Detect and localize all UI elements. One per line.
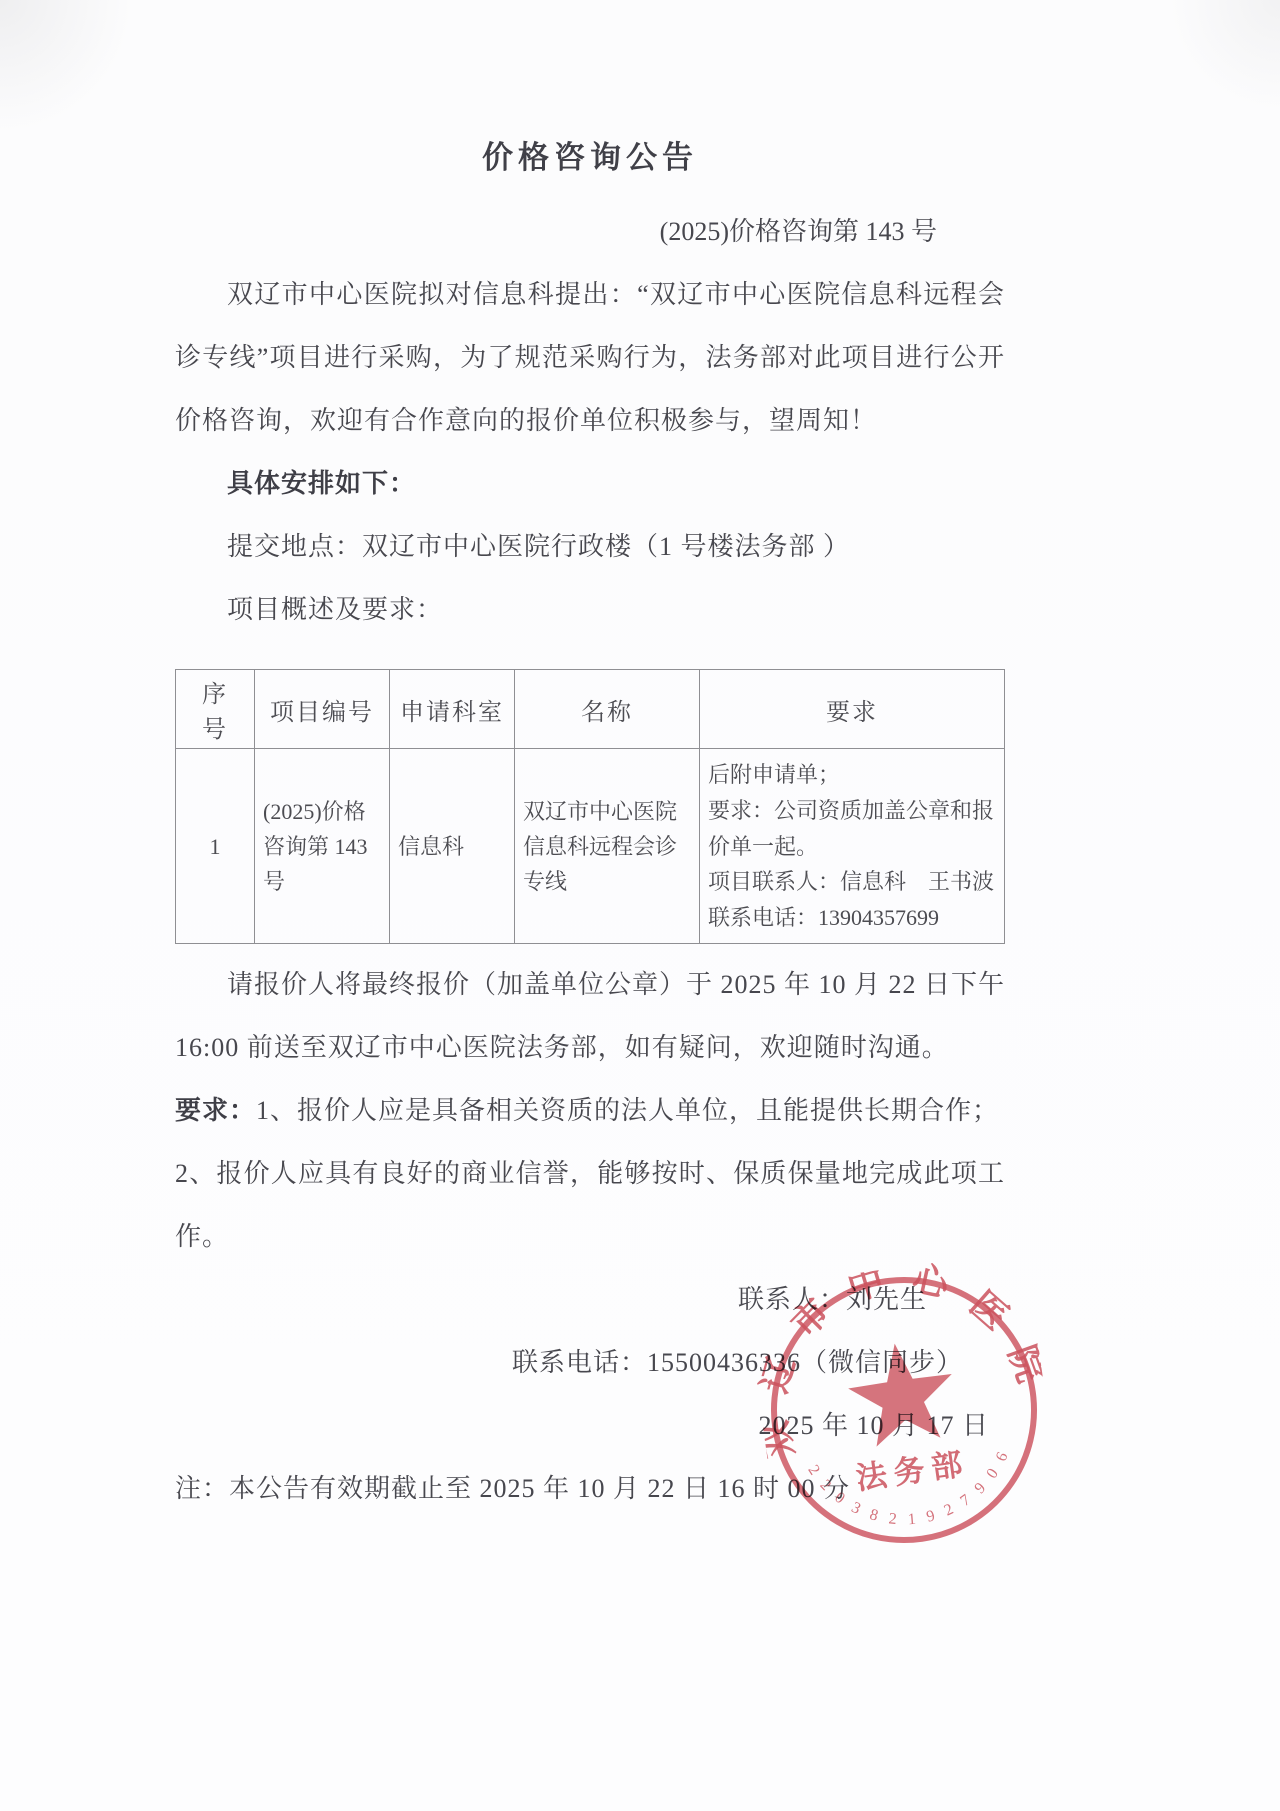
table-header-row: 序 号 项目编号 申请科室 名称 要求: [176, 670, 1005, 749]
contact-phone: 联系电话：15500436336（微信同步）: [175, 1332, 1005, 1395]
requirement-line: 要求：公司资质加盖公章和报价单一起。: [708, 793, 996, 864]
requirement-line: 项目联系人：信息科 王书波: [708, 864, 996, 900]
cell-name: 双辽市中心医院信息科远程会诊专线: [515, 749, 700, 944]
requirements-label: 要求：: [175, 1096, 256, 1125]
arrangement-heading: 具体安排如下：: [175, 453, 1005, 516]
deadline-paragraph: 请报价人将最终报价（加盖单位公章）于 2025 年 10 月 22 日下午 16…: [175, 954, 1005, 1080]
contact-person: 联系人：刘先生: [175, 1269, 1005, 1332]
requirement-item-1: 1、报价人应是具备相关资质的法人单位，且能提供长期合作；: [256, 1096, 999, 1125]
issue-date: 2025 年 10 月 17 日: [175, 1395, 1005, 1458]
cell-requirements: 后附申请单； 要求：公司资质加盖公章和报价单一起。 项目联系人：信息科 王书波 …: [700, 749, 1005, 944]
document-page: 价格咨询公告 (2025)价格咨询第 143 号 双辽市中心医院拟对信息科提出：…: [0, 0, 1280, 1811]
cell-project-no: (2025)价格 咨询第 143 号: [255, 749, 390, 944]
intro-paragraph: 双辽市中心医院拟对信息科提出：“双辽市中心医院信息科远程会诊专线”项目进行采购，…: [175, 264, 1005, 453]
table-row: 1 (2025)价格 咨询第 143 号 信息科 双辽市中心医院信息科远程会诊专…: [176, 749, 1005, 944]
col-header-project-no: 项目编号: [255, 670, 390, 749]
col-header-require: 要求: [700, 670, 1005, 749]
requirements-paragraph: 要求：1、报价人应是具备相关资质的法人单位，且能提供长期合作；: [175, 1080, 1005, 1143]
page-title: 价格咨询公告: [175, 132, 1005, 177]
scanned-document: { "page": { "title": "价格咨询公告", "doc_numb…: [0, 0, 1280, 1811]
requirement-line: 后附申请单；: [708, 757, 996, 793]
table-heading: 项目概述及要求：: [175, 579, 1005, 642]
cell-seq: 1: [176, 749, 255, 944]
submit-location: 提交地点：双辽市中心医院行政楼（1 号楼法务部 ）: [175, 516, 1005, 579]
cell-department: 信息科: [390, 749, 515, 944]
doc-number: (2025)价格咨询第 143 号: [175, 211, 1005, 248]
col-header-department: 申请科室: [390, 670, 515, 749]
validity-note: 注：本公告有效期截止至 2025 年 10 月 22 日 16 时 00 分: [175, 1458, 1005, 1521]
col-header-seq: 序 号: [176, 670, 255, 749]
col-header-name: 名称: [515, 670, 700, 749]
project-table: 序 号 项目编号 申请科室 名称 要求 1 (2025)价格 咨询第 143 号…: [175, 669, 1005, 944]
requirement-item-2: 2、报价人应具有良好的商业信誉，能够按时、保质保量地完成此项工作。: [175, 1143, 1005, 1269]
requirement-line: 联系电话：13904357699: [708, 900, 996, 936]
